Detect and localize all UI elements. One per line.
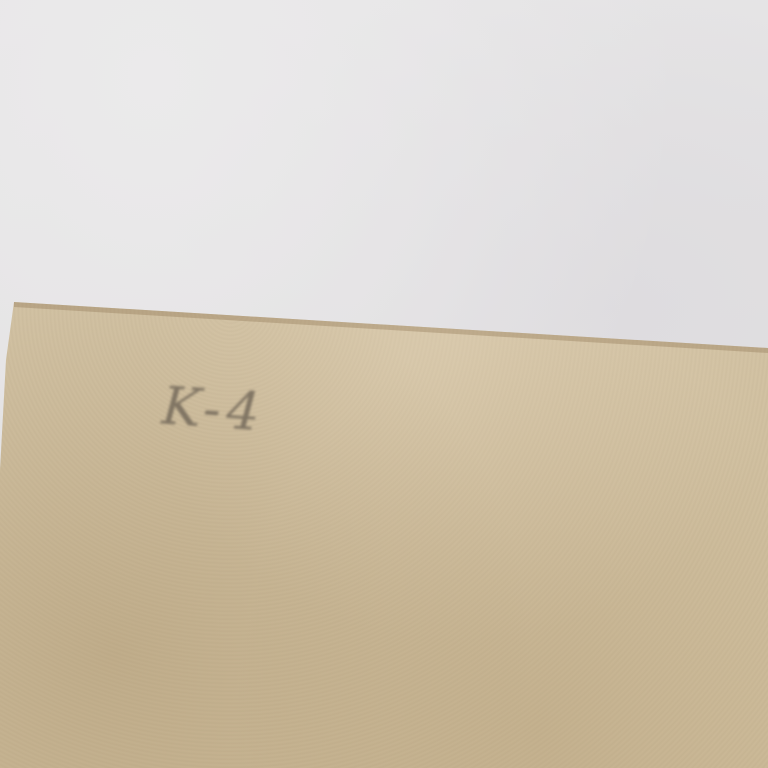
handwritten-label: K-4 bbox=[160, 376, 268, 443]
